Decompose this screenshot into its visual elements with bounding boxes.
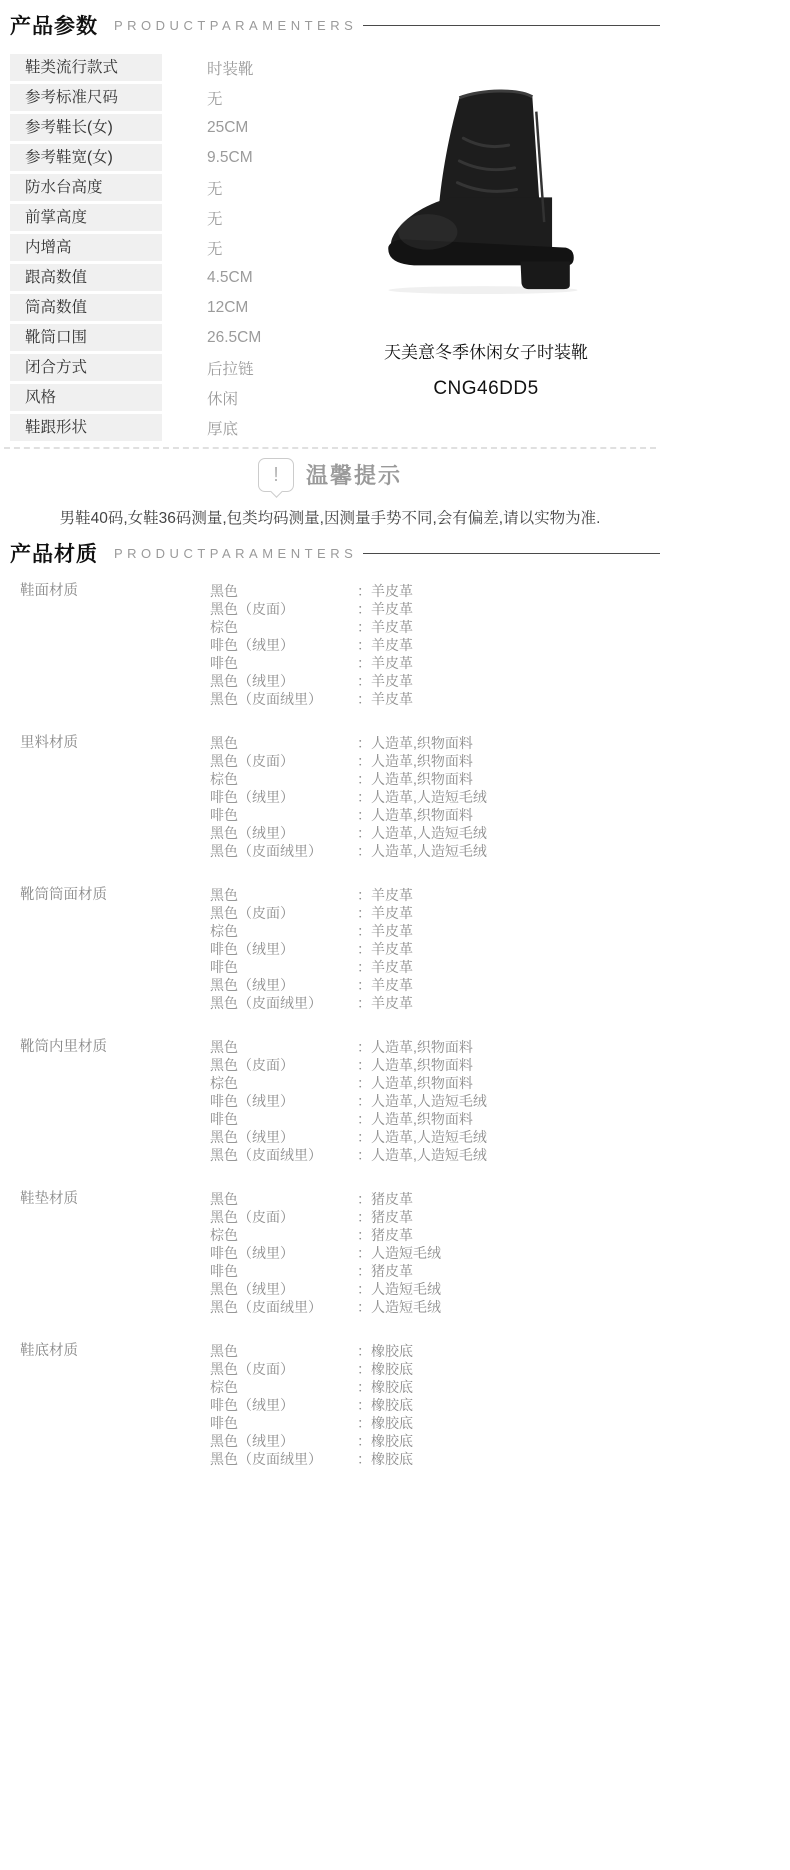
material-value: ：人造革,织物面料 (357, 1110, 473, 1128)
material-variant: 黑色（皮面绒里） (210, 1450, 357, 1468)
material-value: ：羊皮革 (357, 940, 413, 958)
material-value: ：人造革,织物面料 (357, 770, 473, 788)
material-value: ：人造革,织物面料 (357, 1056, 473, 1074)
material-row: 棕色：羊皮革 (210, 618, 660, 636)
material-row: 啡色（绒里）：羊皮革 (210, 636, 660, 654)
material-variant: 黑色（皮面绒里） (210, 1146, 357, 1164)
material-value: ：人造革,人造短毛绒 (357, 788, 487, 806)
material-row: 黑色（皮面绒里）：羊皮革 (210, 994, 660, 1012)
material-value: ：人造短毛绒 (357, 1244, 441, 1262)
materials-subtitle: PRODUCTPARAMENTERS (114, 546, 357, 561)
material-variant: 黑色（皮面） (210, 600, 357, 618)
material-value: ：羊皮革 (357, 600, 413, 618)
material-value: ：橡胶底 (357, 1414, 413, 1432)
material-row: 黑色（皮面绒里）：橡胶底 (210, 1450, 660, 1468)
material-value: ：人造革,织物面料 (357, 734, 473, 752)
param-value: 9.5CM (207, 149, 253, 167)
material-value: ：人造短毛绒 (357, 1298, 441, 1316)
param-value: 无 (207, 207, 223, 229)
material-group-rows: 黑色：猪皮革黑色（皮面）：猪皮革棕色：猪皮革啡色（绒里）：人造短毛绒啡色：猪皮革… (210, 1190, 660, 1316)
material-variant: 黑色（皮面绒里） (210, 994, 357, 1012)
param-value: 无 (207, 87, 223, 109)
param-label: 前掌高度 (10, 204, 162, 231)
material-row: 黑色：羊皮革 (210, 582, 660, 600)
material-value: ：羊皮革 (357, 690, 413, 708)
material-variant: 黑色 (210, 582, 357, 600)
param-label: 风格 (10, 384, 162, 411)
param-label: 靴筒口围 (10, 324, 162, 351)
material-row: 黑色（皮面绒里）：人造短毛绒 (210, 1298, 660, 1316)
param-label: 跟高数值 (10, 264, 162, 291)
material-value: ：人造革,织物面料 (357, 1038, 473, 1056)
material-value: ：羊皮革 (357, 672, 413, 690)
material-group-label: 靴筒内里材质 (0, 1038, 210, 1164)
material-row: 黑色（绒里）：橡胶底 (210, 1432, 660, 1450)
material-variant: 棕色 (210, 922, 357, 940)
material-variant: 啡色（绒里） (210, 1396, 357, 1414)
param-label: 筒高数值 (10, 294, 162, 321)
material-value: ：羊皮革 (357, 976, 413, 994)
param-value: 厚底 (207, 417, 238, 439)
material-value: ：羊皮革 (357, 904, 413, 922)
tips-header: ! 温馨提示 (0, 458, 660, 502)
material-row: 黑色（皮面绒里）：人造革,人造短毛绒 (210, 842, 660, 860)
material-value: ：橡胶底 (357, 1342, 413, 1360)
material-row: 啡色：人造革,织物面料 (210, 806, 660, 824)
material-value: ：橡胶底 (357, 1360, 413, 1378)
tips-section: ! 温馨提示 男鞋40码,女鞋36码测量,包类均码测量,因测量手势不同,会有偏差… (0, 449, 660, 528)
material-row: 啡色（绒里）：橡胶底 (210, 1396, 660, 1414)
material-row: 黑色（绒里）：人造革,人造短毛绒 (210, 1128, 660, 1146)
material-row: 啡色：羊皮革 (210, 654, 660, 672)
material-group: 鞋底材质黑色：橡胶底黑色（皮面）：橡胶底棕色：橡胶底啡色（绒里）：橡胶底啡色：橡… (0, 1342, 660, 1468)
material-row: 黑色（绒里）：羊皮革 (210, 672, 660, 690)
param-value: 4.5CM (207, 269, 253, 287)
material-variant: 棕色 (210, 618, 357, 636)
material-variant: 黑色（皮面绒里） (210, 1298, 357, 1316)
material-row: 啡色（绒里）：羊皮革 (210, 940, 660, 958)
params-heading: 产品参数 PRODUCTPARAMENTERS (0, 0, 660, 46)
material-variant: 啡色（绒里） (210, 1244, 357, 1262)
material-group-label: 鞋垫材质 (0, 1190, 210, 1316)
material-row: 棕色：人造革,织物面料 (210, 770, 660, 788)
product-params-section: 产品参数 PRODUCTPARAMENTERS 鞋类流行款式时装靴参考标准尺码无… (0, 0, 660, 441)
material-variant: 黑色（绒里） (210, 1432, 357, 1450)
material-variant: 啡色 (210, 1262, 357, 1280)
param-value: 无 (207, 237, 223, 259)
material-variant: 黑色（皮面） (210, 1208, 357, 1226)
material-variant: 黑色（绒里） (210, 976, 357, 994)
material-variant: 黑色（绒里） (210, 672, 357, 690)
param-label: 防水台高度 (10, 174, 162, 201)
material-variant: 啡色（绒里） (210, 636, 357, 654)
material-row: 黑色：橡胶底 (210, 1342, 660, 1360)
material-row: 啡色（绒里）：人造短毛绒 (210, 1244, 660, 1262)
product-materials-section: 产品材质 PRODUCTPARAMENTERS 鞋面材质黑色：羊皮革黑色（皮面）… (0, 528, 660, 1468)
material-value: ：人造革,织物面料 (357, 752, 473, 770)
material-variant: 啡色 (210, 1414, 357, 1432)
material-variant: 黑色（绒里） (210, 1280, 357, 1298)
material-value: ：羊皮革 (357, 994, 413, 1012)
material-variant: 啡色（绒里） (210, 940, 357, 958)
material-row: 黑色：人造革,织物面料 (210, 1038, 660, 1056)
material-row: 黑色（皮面）：橡胶底 (210, 1360, 660, 1378)
material-row: 黑色（皮面）：羊皮革 (210, 600, 660, 618)
material-value: ：猪皮革 (357, 1190, 413, 1208)
material-row: 棕色：人造革,织物面料 (210, 1074, 660, 1092)
material-value: ：橡胶底 (357, 1432, 413, 1450)
param-label: 参考鞋宽(女) (10, 144, 162, 171)
material-group-label: 里料材质 (0, 734, 210, 860)
material-row: 啡色（绒里）：人造革,人造短毛绒 (210, 1092, 660, 1110)
param-label: 参考鞋长(女) (10, 114, 162, 141)
heading-rule (363, 553, 660, 554)
material-variant: 棕色 (210, 1074, 357, 1092)
material-row: 黑色（皮面绒里）：羊皮革 (210, 690, 660, 708)
exclamation-glyph: ! (273, 464, 279, 486)
param-value: 12CM (207, 299, 248, 317)
material-row: 黑色（绒里）：人造革,人造短毛绒 (210, 824, 660, 842)
material-value: ：人造革,人造短毛绒 (357, 824, 487, 842)
material-variant: 啡色 (210, 958, 357, 976)
material-group-label: 鞋面材质 (0, 582, 210, 708)
material-value: ：羊皮革 (357, 886, 413, 904)
param-row: 鞋跟形状厚底 (0, 414, 660, 441)
material-value: ：猪皮革 (357, 1208, 413, 1226)
material-variant: 黑色（皮面绒里） (210, 842, 357, 860)
material-group-rows: 黑色：羊皮革黑色（皮面）：羊皮革棕色：羊皮革啡色（绒里）：羊皮革啡色：羊皮革黑色… (210, 886, 660, 1012)
material-row: 黑色（绒里）：人造短毛绒 (210, 1280, 660, 1298)
material-variant: 黑色（皮面） (210, 752, 357, 770)
param-value: 26.5CM (207, 329, 261, 347)
material-value: ：人造革,织物面料 (357, 806, 473, 824)
material-row: 黑色（绒里）：羊皮革 (210, 976, 660, 994)
param-value: 无 (207, 177, 223, 199)
material-row: 黑色（皮面）：猪皮革 (210, 1208, 660, 1226)
material-value: ：羊皮革 (357, 922, 413, 940)
param-value: 休闲 (207, 387, 238, 409)
material-group: 鞋垫材质黑色：猪皮革黑色（皮面）：猪皮革棕色：猪皮革啡色（绒里）：人造短毛绒啡色… (0, 1190, 660, 1316)
product-figure: 天美意冬季休闲女子时装靴 CNG46DD5 (336, 58, 636, 400)
material-variant: 黑色 (210, 734, 357, 752)
material-value: ：羊皮革 (357, 618, 413, 636)
product-name: 天美意冬季休闲女子时装靴 (336, 342, 636, 364)
material-variant: 黑色（皮面） (210, 904, 357, 922)
material-variant: 黑色（皮面） (210, 1056, 357, 1074)
param-value: 后拉链 (207, 357, 254, 379)
material-variant: 黑色（绒里） (210, 824, 357, 842)
material-group-rows: 黑色：羊皮革黑色（皮面）：羊皮革棕色：羊皮革啡色（绒里）：羊皮革啡色：羊皮革黑色… (210, 582, 660, 708)
tips-text: 男鞋40码,女鞋36码测量,包类均码测量,因测量手势不同,会有偏差,请以实物为准… (0, 506, 660, 528)
material-row: 黑色（皮面绒里）：人造革,人造短毛绒 (210, 1146, 660, 1164)
material-row: 黑色：羊皮革 (210, 886, 660, 904)
params-title: 产品参数 (10, 10, 98, 40)
material-group-label: 靴筒筒面材质 (0, 886, 210, 1012)
material-row: 棕色：橡胶底 (210, 1378, 660, 1396)
material-variant: 啡色 (210, 654, 357, 672)
material-row: 啡色：橡胶底 (210, 1414, 660, 1432)
material-variant: 黑色（皮面绒里） (210, 690, 357, 708)
material-group: 里料材质黑色：人造革,织物面料黑色（皮面）：人造革,织物面料棕色：人造革,织物面… (0, 734, 660, 860)
material-value: ：羊皮革 (357, 654, 413, 672)
material-variant: 棕色 (210, 1378, 357, 1396)
material-variant: 啡色（绒里） (210, 1092, 357, 1110)
material-group-rows: 黑色：人造革,织物面料黑色（皮面）：人造革,织物面料棕色：人造革,织物面料啡色（… (210, 734, 660, 860)
param-value: 时装靴 (207, 57, 254, 79)
material-group-rows: 黑色：橡胶底黑色（皮面）：橡胶底棕色：橡胶底啡色（绒里）：橡胶底啡色：橡胶底黑色… (210, 1342, 660, 1468)
material-value: ：羊皮革 (357, 582, 413, 600)
material-variant: 啡色（绒里） (210, 788, 357, 806)
material-variant: 棕色 (210, 770, 357, 788)
heading-rule (363, 25, 660, 26)
material-group: 鞋面材质黑色：羊皮革黑色（皮面）：羊皮革棕色：羊皮革啡色（绒里）：羊皮革啡色：羊… (0, 582, 660, 708)
material-variant: 啡色 (210, 806, 357, 824)
material-variant: 黑色 (210, 1038, 357, 1056)
material-row: 棕色：猪皮革 (210, 1226, 660, 1244)
param-label: 鞋跟形状 (10, 414, 162, 441)
material-variant: 黑色（绒里） (210, 1128, 357, 1146)
product-detail-page: 产品参数 PRODUCTPARAMENTERS 鞋类流行款式时装靴参考标准尺码无… (0, 0, 660, 1468)
material-value: ：橡胶底 (357, 1378, 413, 1396)
material-row: 啡色：人造革,织物面料 (210, 1110, 660, 1128)
material-row: 黑色：猪皮革 (210, 1190, 660, 1208)
material-row: 黑色（皮面）：人造革,织物面料 (210, 752, 660, 770)
material-variant: 黑色 (210, 886, 357, 904)
material-variant: 黑色 (210, 1342, 357, 1360)
material-variant: 黑色 (210, 1190, 357, 1208)
material-row: 啡色（绒里）：人造革,人造短毛绒 (210, 788, 660, 806)
material-row: 啡色：猪皮革 (210, 1262, 660, 1280)
material-value: ：羊皮革 (357, 636, 413, 654)
material-row: 黑色：人造革,织物面料 (210, 734, 660, 752)
material-value: ：人造短毛绒 (357, 1280, 441, 1298)
material-variant: 棕色 (210, 1226, 357, 1244)
material-group-label: 鞋底材质 (0, 1342, 210, 1468)
material-value: ：人造革,织物面料 (357, 1074, 473, 1092)
black-ankle-boot-image (372, 84, 600, 296)
material-value: ：羊皮革 (357, 958, 413, 976)
materials-heading: 产品材质 PRODUCTPARAMENTERS (0, 528, 660, 574)
materials-title: 产品材质 (10, 538, 98, 568)
param-label: 参考标准尺码 (10, 84, 162, 111)
param-label: 闭合方式 (10, 354, 162, 381)
exclamation-bubble-icon: ! (258, 458, 294, 492)
material-value: ：猪皮革 (357, 1226, 413, 1244)
material-group-rows: 黑色：人造革,织物面料黑色（皮面）：人造革,织物面料棕色：人造革,织物面料啡色（… (210, 1038, 660, 1164)
material-value: ：人造革,人造短毛绒 (357, 1146, 487, 1164)
param-value: 25CM (207, 119, 248, 137)
params-subtitle: PRODUCTPARAMENTERS (114, 18, 357, 33)
material-value: ：人造革,人造短毛绒 (357, 842, 487, 860)
material-variant: 黑色（皮面） (210, 1360, 357, 1378)
param-label: 内增高 (10, 234, 162, 261)
material-row: 棕色：羊皮革 (210, 922, 660, 940)
material-group: 靴筒内里材质黑色：人造革,织物面料黑色（皮面）：人造革,织物面料棕色：人造革,织… (0, 1038, 660, 1164)
material-value: ：猪皮革 (357, 1262, 413, 1280)
material-variant: 啡色 (210, 1110, 357, 1128)
product-model: CNG46DD5 (336, 378, 636, 400)
material-row: 啡色：羊皮革 (210, 958, 660, 976)
param-label: 鞋类流行款式 (10, 54, 162, 81)
material-row: 黑色（皮面）：羊皮革 (210, 904, 660, 922)
material-value: ：橡胶底 (357, 1396, 413, 1414)
material-row: 黑色（皮面）：人造革,织物面料 (210, 1056, 660, 1074)
material-group: 靴筒筒面材质黑色：羊皮革黑色（皮面）：羊皮革棕色：羊皮革啡色（绒里）：羊皮革啡色… (0, 886, 660, 1012)
tips-title: 温馨提示 (306, 458, 402, 494)
material-value: ：橡胶底 (357, 1450, 413, 1468)
materials-list: 鞋面材质黑色：羊皮革黑色（皮面）：羊皮革棕色：羊皮革啡色（绒里）：羊皮革啡色：羊… (0, 582, 660, 1468)
material-value: ：人造革,人造短毛绒 (357, 1092, 487, 1110)
material-value: ：人造革,人造短毛绒 (357, 1128, 487, 1146)
